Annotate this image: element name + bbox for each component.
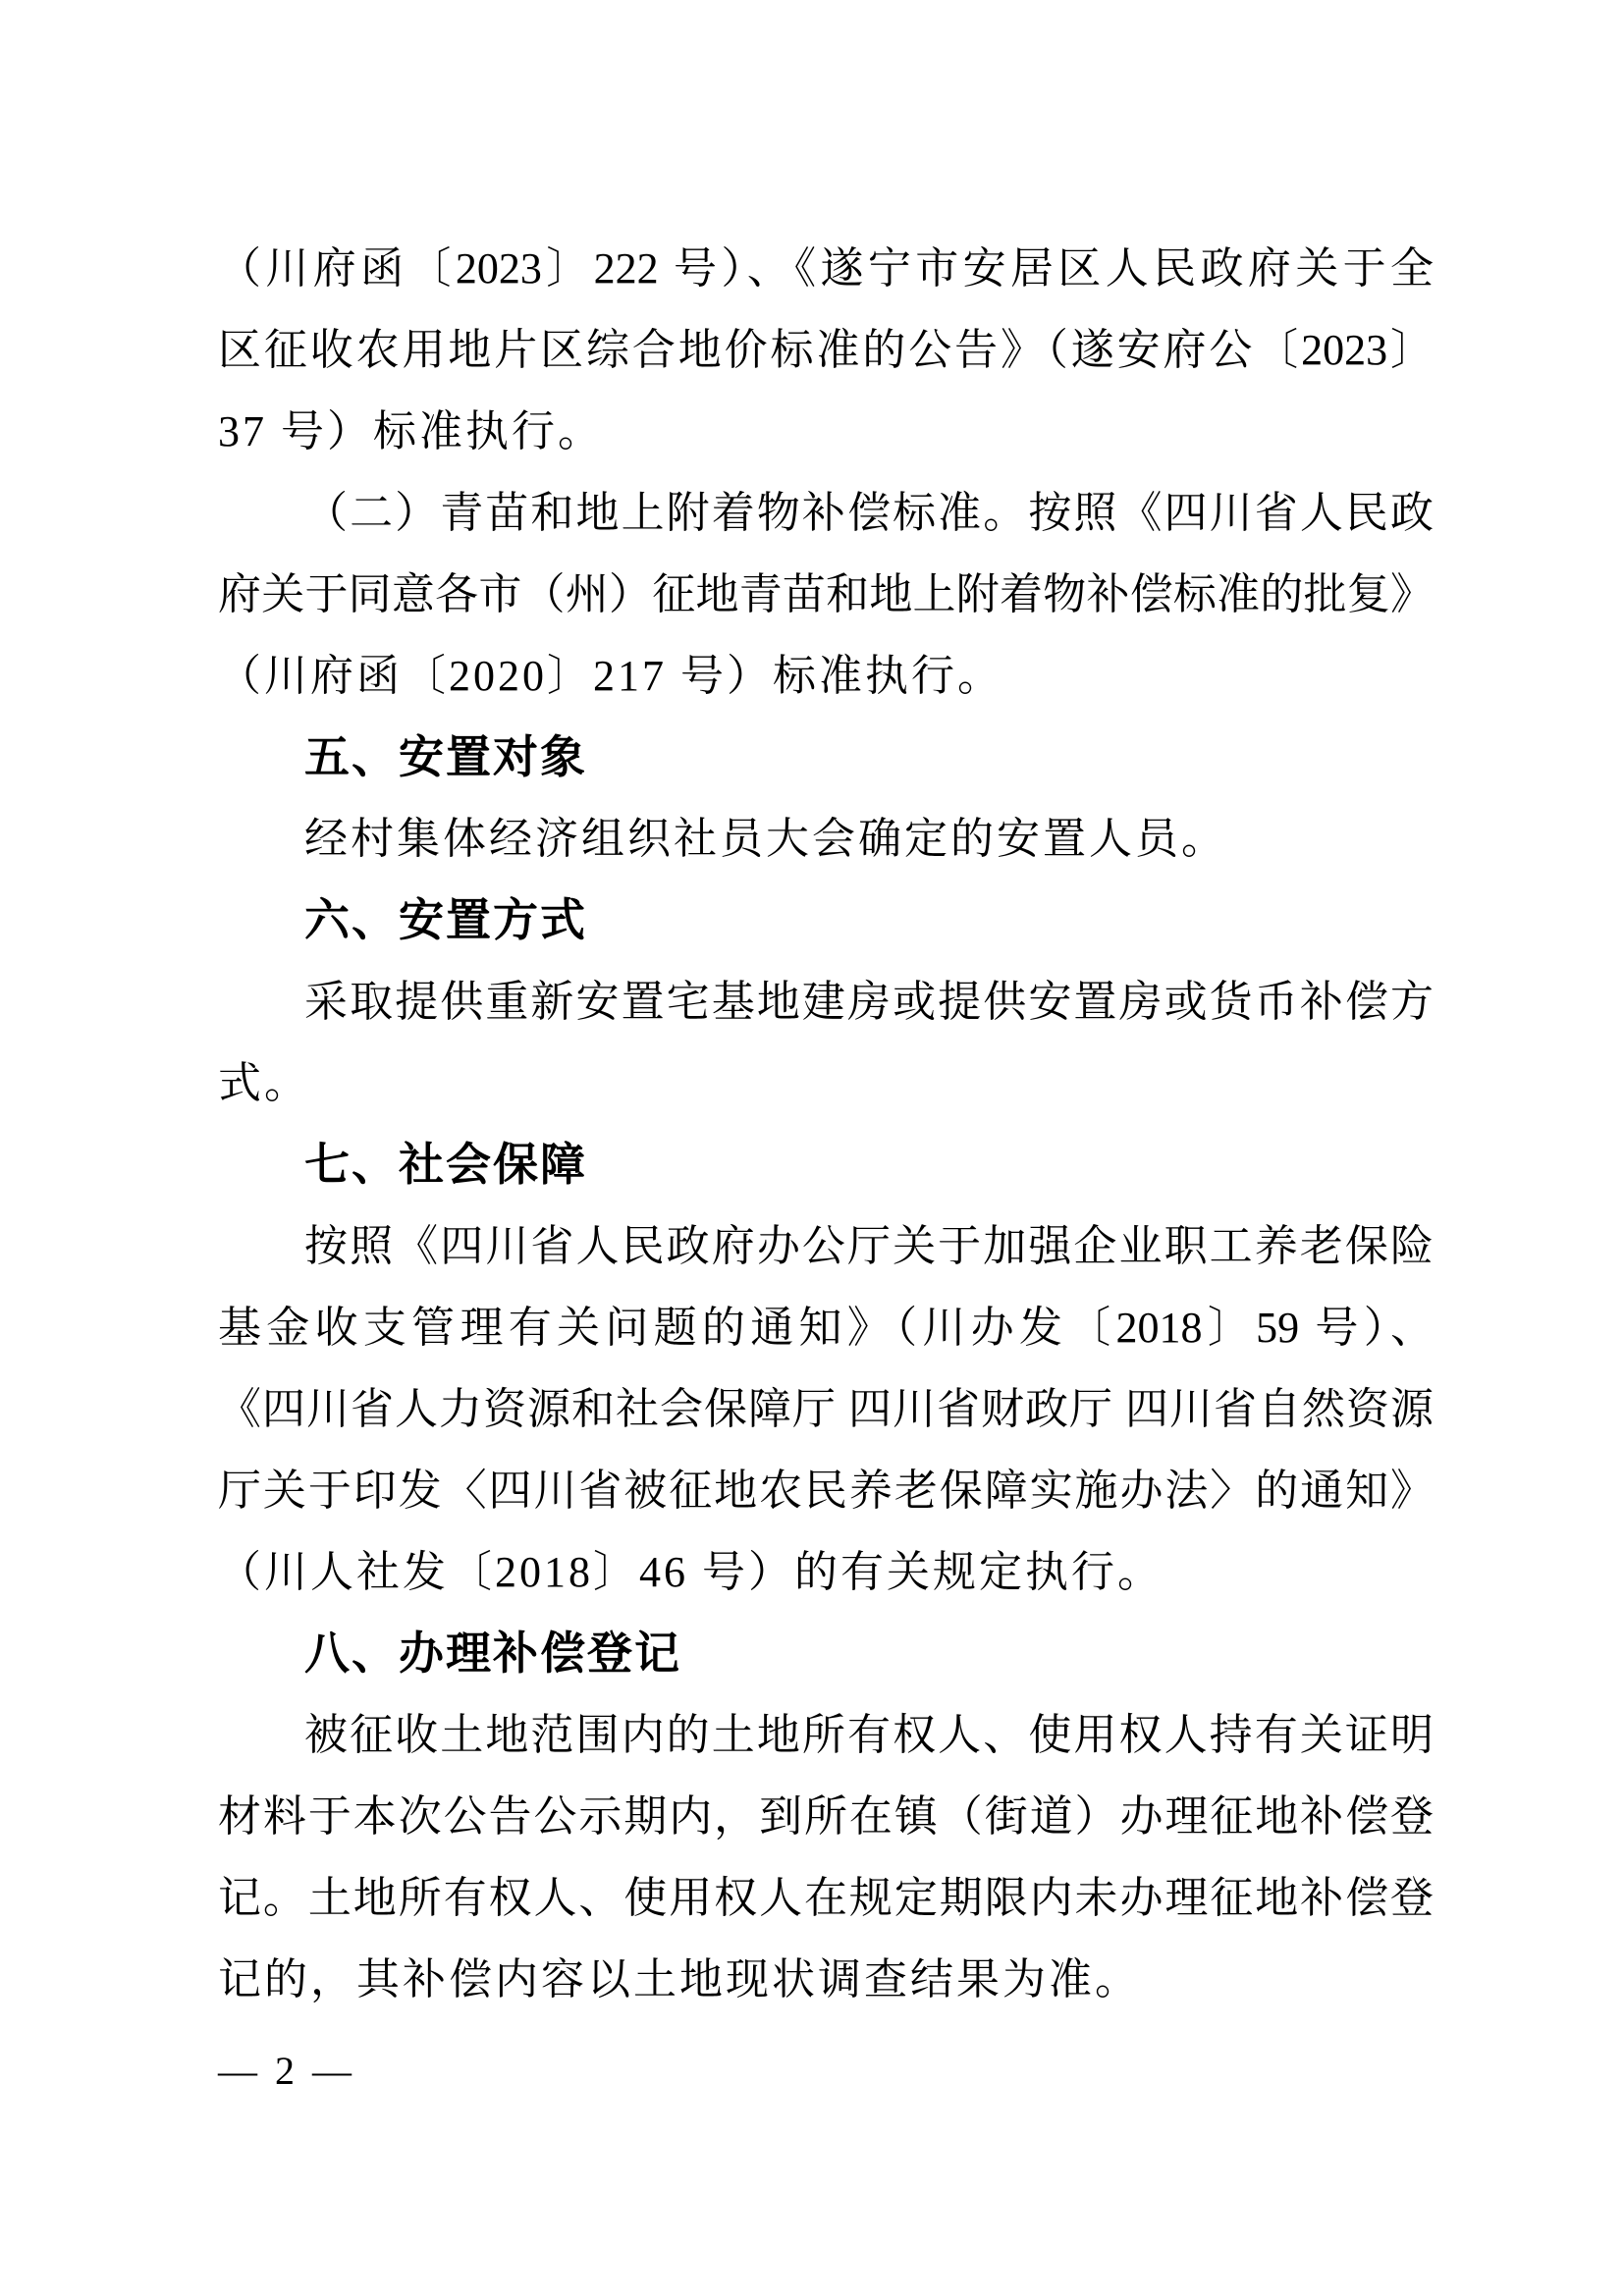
body-text-line: （二）青苗和地上附着物补偿标准。按照《四川省人民政 bbox=[218, 472, 1434, 554]
body-text-line: 基金收支管理有关问题的通知》（川办发〔2018〕59 号）、 bbox=[218, 1287, 1434, 1368]
section-heading: 八、办理补偿登记 bbox=[218, 1613, 1434, 1694]
body-text-line: 按照《四川省人民政府办公厅关于加强企业职工养老保险 bbox=[218, 1205, 1434, 1287]
body-text-line: 记的，其补偿内容以土地现状调查结果为准。 bbox=[218, 1939, 1434, 2020]
document-body: （川府函〔2023〕222 号）、《遂宁市安居区人民政府关于全区征收农用地片区综… bbox=[218, 228, 1434, 2020]
body-text-line: 经村集体经济组织社员大会确定的安置人员。 bbox=[218, 798, 1434, 880]
body-text-line: 《四川省人力资源和社会保障厅 四川省财政厅 四川省自然资源 bbox=[218, 1368, 1434, 1450]
body-text-line: 府关于同意各市（州）征地青苗和地上附着物补偿标准的批复》 bbox=[218, 554, 1434, 635]
body-text-line: （川府函〔2023〕222 号）、《遂宁市安居区人民政府关于全 bbox=[218, 228, 1434, 309]
body-text-line: 记。土地所有权人、使用权人在规定期限内未办理征地补偿登 bbox=[218, 1857, 1434, 1939]
body-text-line: 材料于本次公告公示期内，到所在镇（街道）办理征地补偿登 bbox=[218, 1776, 1434, 1857]
body-text-line: 厅关于印发〈四川省被征地农民养老保障实施办法〉的通知》 bbox=[218, 1450, 1434, 1531]
body-text-line: 区征收农用地片区综合地价标准的公告》（遂安府公〔2023〕 bbox=[218, 309, 1434, 391]
document-page: （川府函〔2023〕222 号）、《遂宁市安居区人民政府关于全区征收农用地片区综… bbox=[0, 0, 1624, 2296]
body-text-line: 采取提供重新安置宅基地建房或提供安置房或货币补偿方 bbox=[218, 961, 1434, 1042]
body-text-line: 被征收土地范围内的土地所有权人、使用权人持有关证明 bbox=[218, 1694, 1434, 1776]
page-number: — 2 — bbox=[218, 2030, 355, 2111]
section-heading: 七、社会保障 bbox=[218, 1124, 1434, 1205]
body-text-line: （川人社发〔2018〕46 号）的有关规定执行。 bbox=[218, 1531, 1434, 1613]
section-heading: 五、安置对象 bbox=[218, 717, 1434, 798]
section-heading: 六、安置方式 bbox=[218, 880, 1434, 961]
body-text-line: （川府函〔2020〕217 号）标准执行。 bbox=[218, 635, 1434, 717]
body-text-line: 式。 bbox=[218, 1042, 1434, 1124]
body-text-line: 37 号）标准执行。 bbox=[218, 391, 1434, 472]
